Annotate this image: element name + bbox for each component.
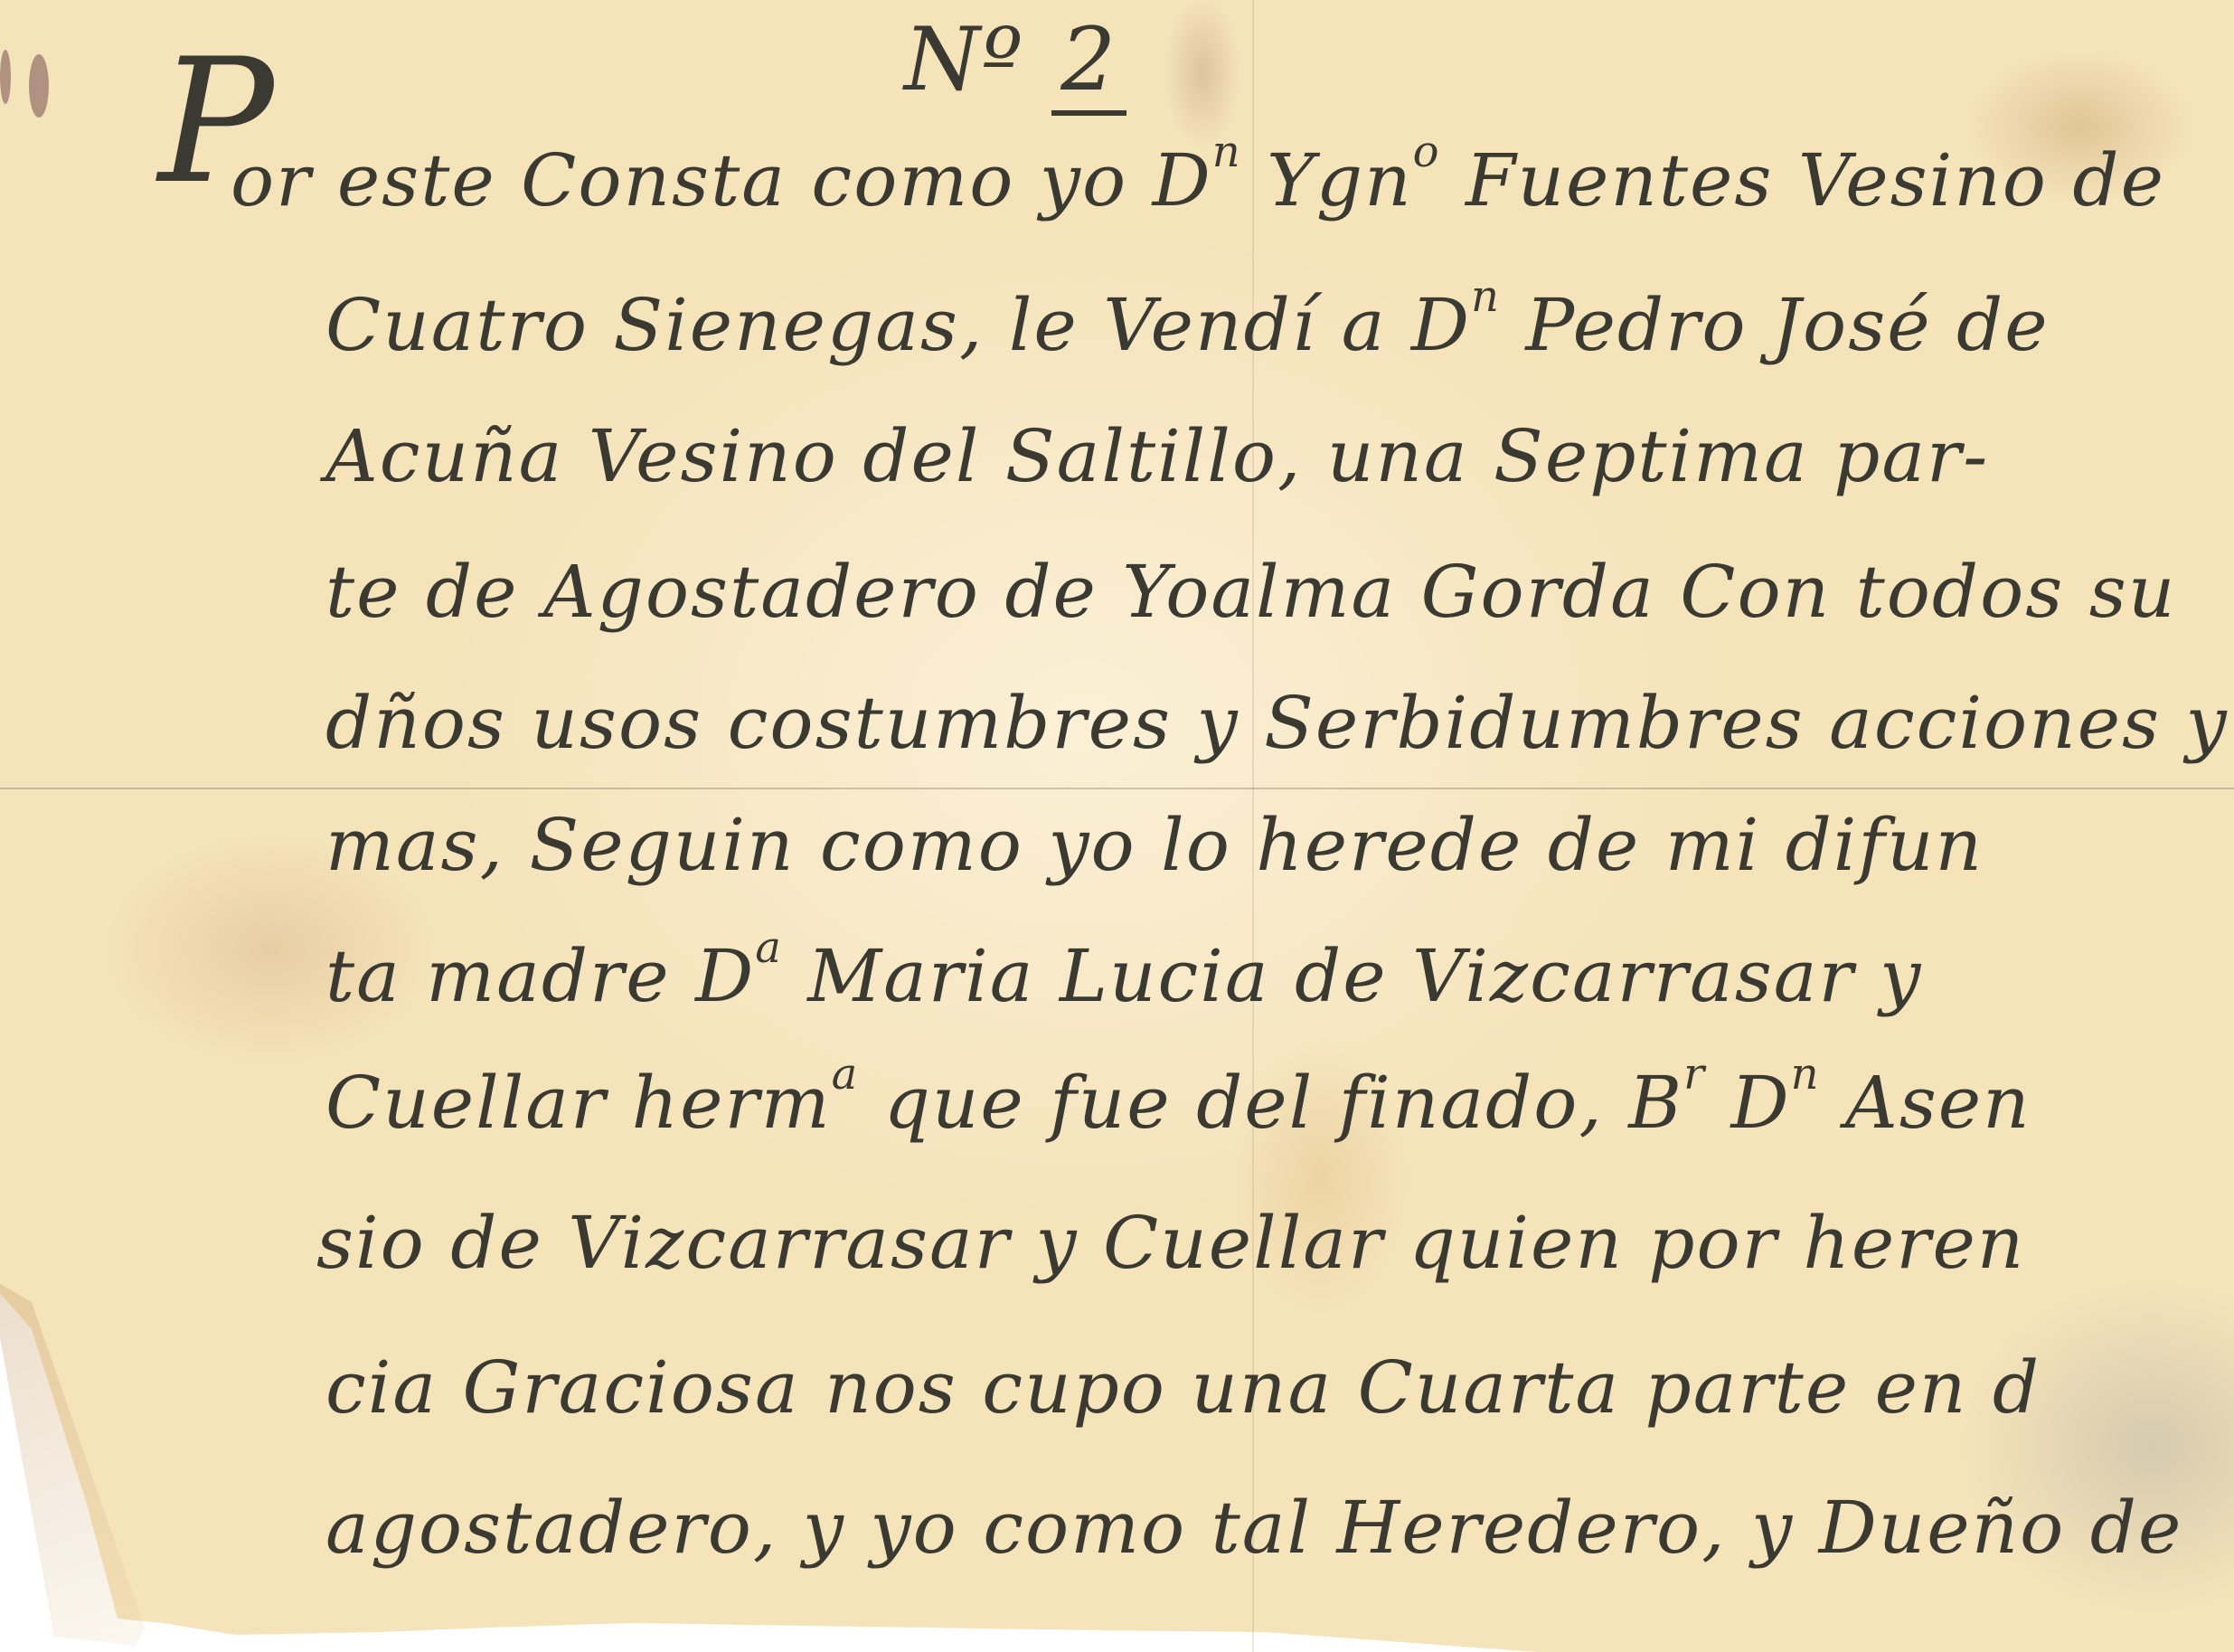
abbrev-superscript: a [832,1049,860,1100]
abbrev-superscript: n [1212,127,1242,177]
line-text: Cuatro Sienegas, le Vendí a [325,283,1411,367]
ink-stain [0,50,11,104]
abbrev-base: D [695,934,755,1018]
line-text: Ygn [1242,138,1413,222]
line-text: Maria Lucia de Vizcarrasar y [783,934,1923,1018]
line-text: Cuellar herm [325,1061,832,1145]
manuscript-line-9: sio de Vizcarrasar y Cuellar quien por h… [316,1207,2025,1279]
line-text: or este Consta como yo [231,138,1153,222]
manuscript-line-7: ta madre Da Maria Lucia de Vizcarrasar y [325,940,1922,1013]
line-text: Pedro José de [1501,283,2050,367]
line-text: Asen [1821,1061,2031,1145]
ink-stain [29,54,49,118]
number-value: 2 [1051,9,1126,116]
abbrev-superscript: o [1413,127,1441,177]
number-prefix: Nº [904,9,1024,110]
manuscript-line-6: mas, Seguin como yo lo herede de mi difu… [325,809,1984,882]
abbrev-superscript: r [1683,1049,1706,1100]
manuscript-line-5: dños usos costumbres y Serbidumbres acci… [325,687,2234,760]
manuscript-line-1: or este Consta como yo Dn Ygno Fuentes V… [231,145,2165,217]
abbrev-base: D [1411,283,1471,367]
abbrev-base: D [1153,138,1212,222]
line-text: Fuentes Vesino de [1441,138,2165,222]
horizontal-fold-crease [0,788,2234,789]
manuscript-line-2: Cuatro Sienegas, le Vendí a Dn Pedro Jos… [325,289,2050,362]
manuscript-line-4: te de Agostadero de Yoalma Gorda Con tod… [325,556,2176,628]
manuscript-line-8: Cuellar herma que fue del finado, Br Dn … [325,1067,2031,1139]
abbrev-superscript: n [1791,1049,1821,1100]
abbrev-superscript: a [755,922,783,973]
manuscript-line-3: Acuña Vesino del Saltillo, una Septima p… [325,420,1989,493]
document-number: Nº2 [904,9,1126,116]
line-text: ta madre [325,934,695,1018]
line-text: D [1706,1061,1791,1145]
scanned-page: Nº2 P or este Consta como yo Dn Ygno Fue… [0,0,2234,1652]
manuscript-line-11: agostadero, y yo como tal Heredero, y Du… [325,1492,2182,1564]
manuscript-line-10: cia Graciosa nos cupo una Cuarta parte e… [325,1352,2041,1424]
line-text: que fue del finado, B [859,1061,1683,1145]
abbrev-superscript: n [1471,271,1501,322]
